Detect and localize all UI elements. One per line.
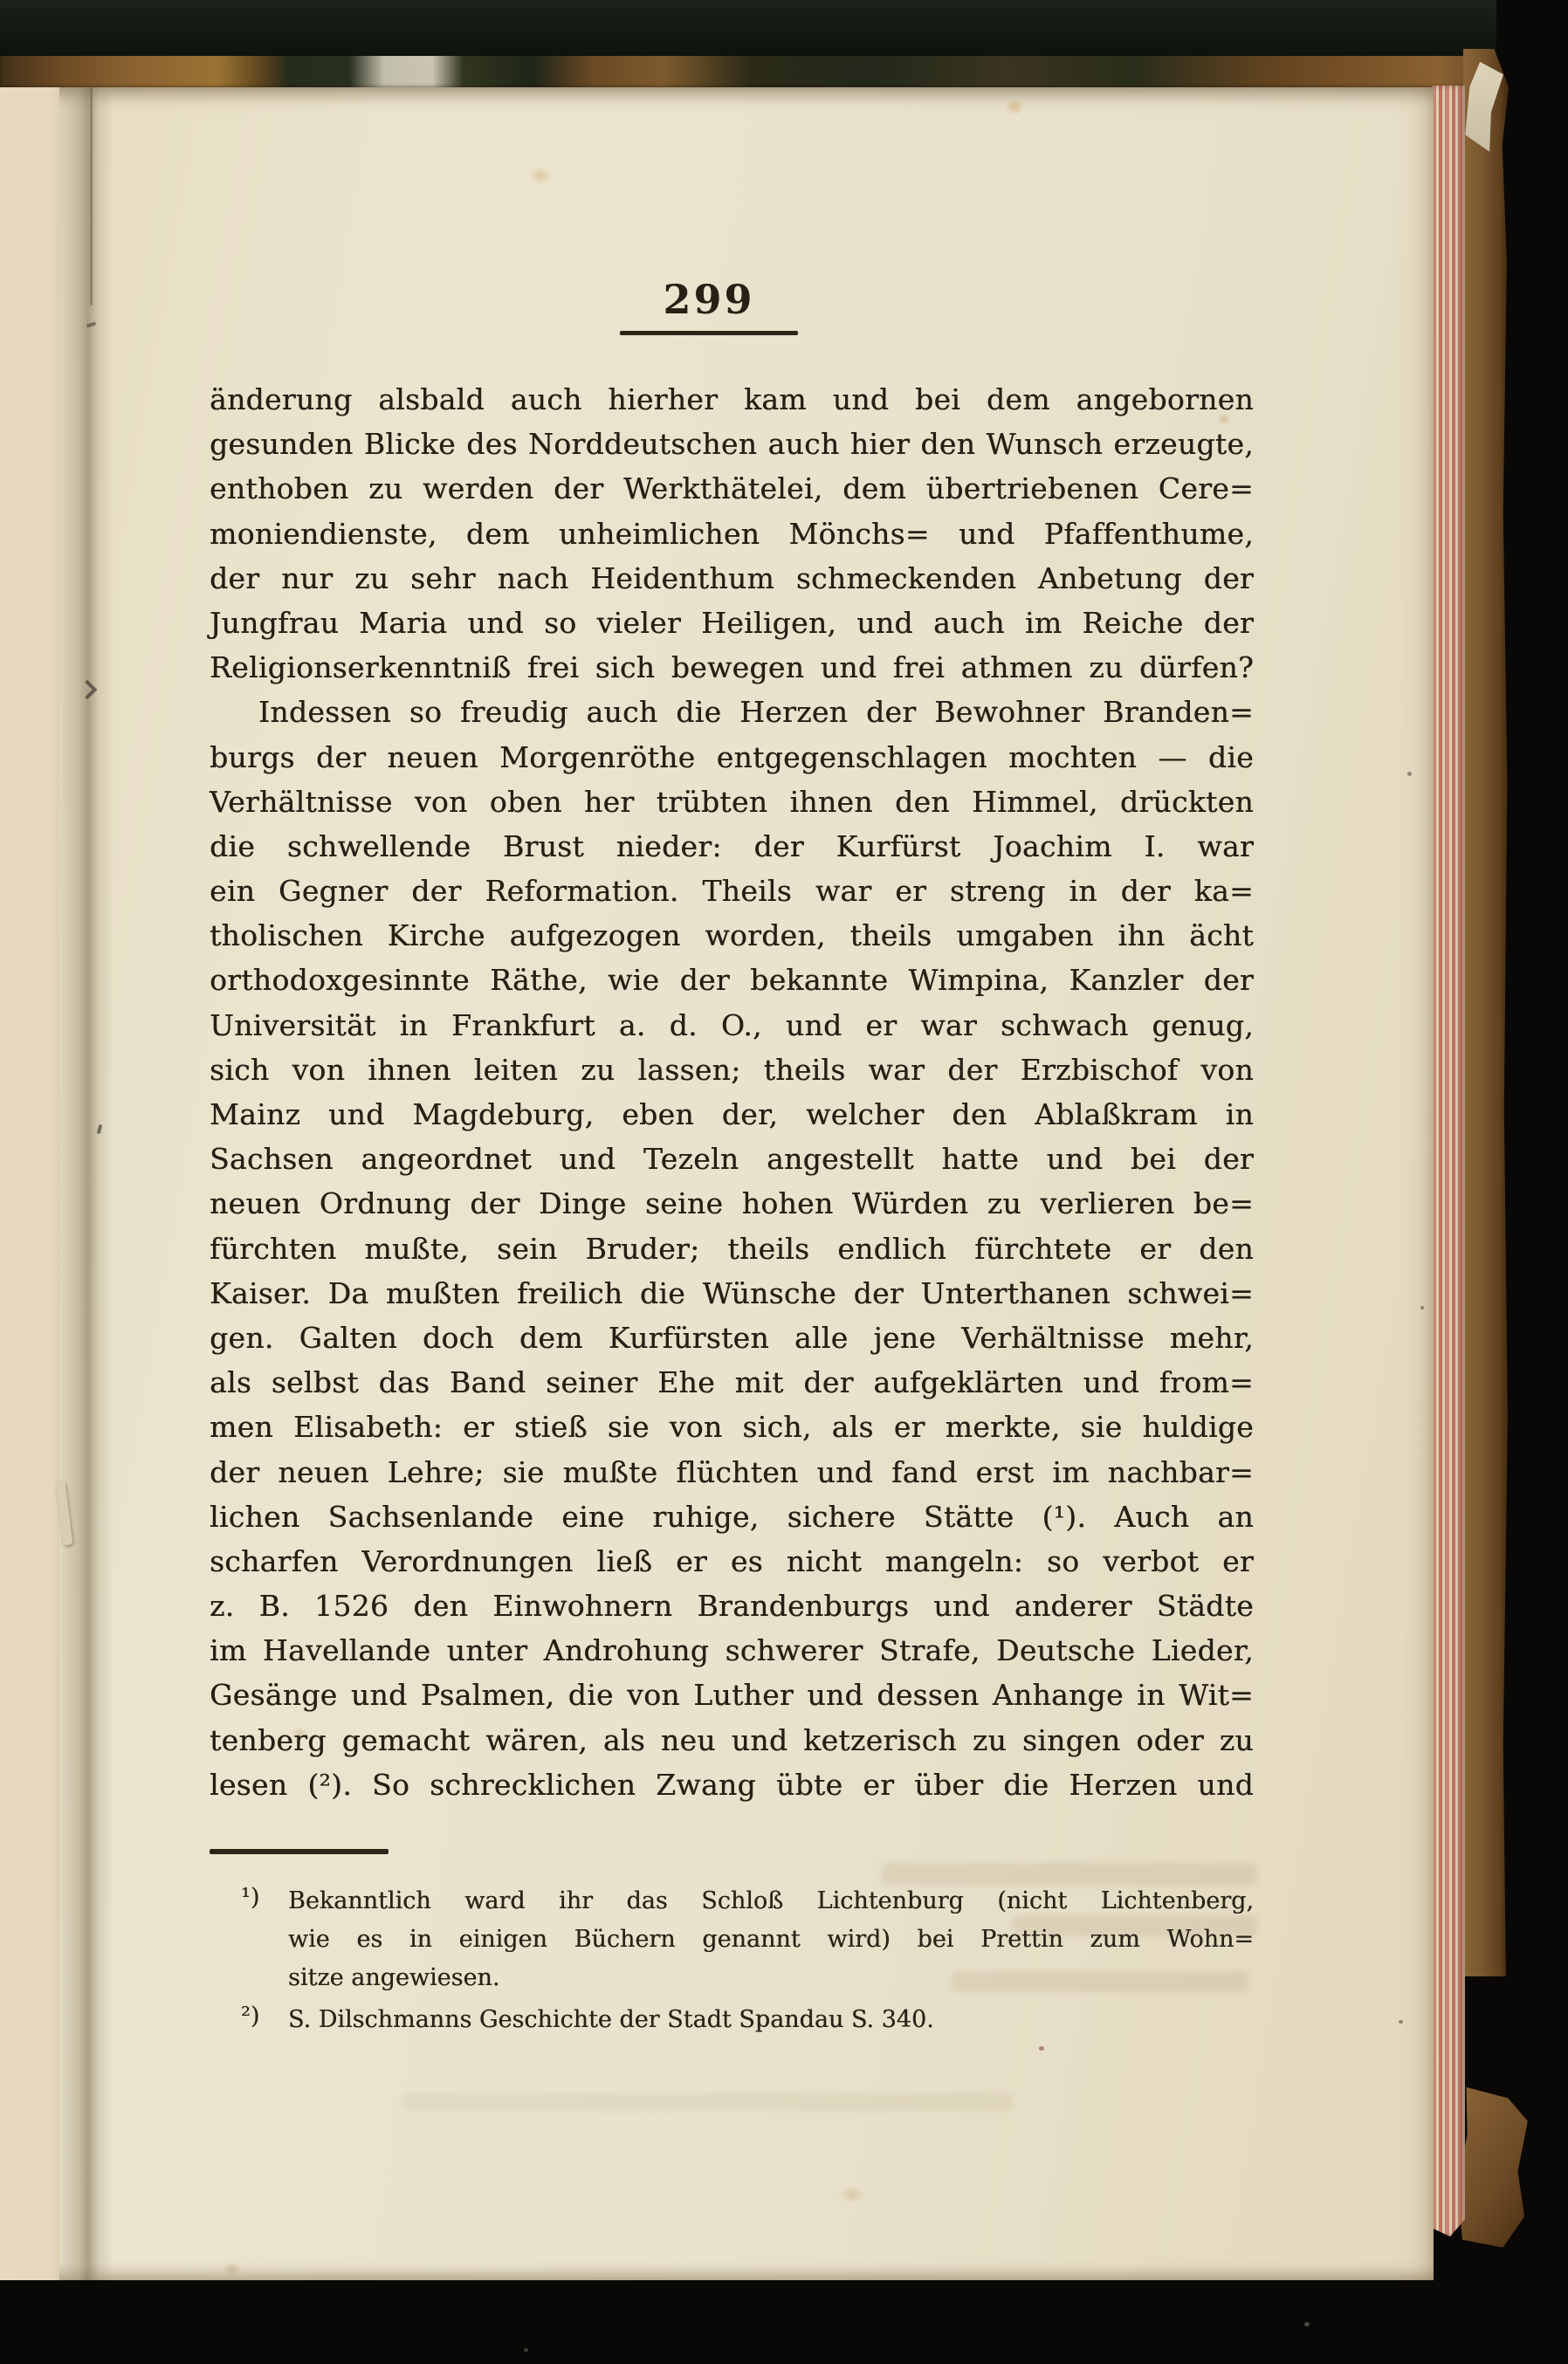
text-line: Gesänge und Psalmen, die von Luther und …	[210, 1673, 1254, 1717]
text-line: lesen (²). So schrecklichen Zwang übte e…	[210, 1763, 1254, 1807]
text-line: Mainz und Magdeburg, eben der, welcher d…	[210, 1092, 1254, 1137]
footnote-line: S. Dilschmanns Geschichte der Stadt Span…	[288, 2001, 1254, 2039]
ink-speck	[1039, 2046, 1044, 2051]
ink-bleedthrough	[402, 2093, 1013, 2111]
paper-stain	[218, 2259, 246, 2278]
page-block-fore-edge	[1432, 86, 1465, 2237]
text-line-paragraph-start: Indessen so freudig auch die Herzen der …	[210, 690, 1254, 734]
body-text: änderung alsbald auch hierher kam und be…	[210, 377, 1254, 1807]
ink-speck	[1399, 2020, 1403, 2024]
footnote-line: Bekanntlich ward ihr das Schloß Lichtenb…	[288, 1882, 1254, 1921]
page-gutter-margin	[0, 87, 59, 2280]
footnote-1: ¹) Bekanntlich ward ihr das Schloß Licht…	[288, 1882, 1254, 1997]
paper-stain	[834, 2182, 870, 2207]
text-line: z. B. 1526 den Einwohnern Brandenburgs u…	[210, 1584, 1254, 1628]
text-line: gesunden Blicke des Norddeutschen auch h…	[210, 422, 1254, 466]
text-line: Verhältnisse von oben her trübten ihnen …	[210, 780, 1254, 824]
dust-speck	[1304, 2322, 1310, 2326]
text-line: scharfen Verordnungen ließ er es nicht m…	[210, 1539, 1254, 1584]
text-line: tholischen Kirche aufgezogen worden, the…	[210, 913, 1254, 958]
footnote-2-marker: ²)	[241, 2003, 259, 2030]
text-line: gen. Galten doch dem Kurfürsten alle jen…	[210, 1316, 1254, 1360]
footnote-line: wie es in einigen Büchern genannt wird) …	[288, 1921, 1254, 1959]
paper-stain	[1001, 94, 1028, 119]
page-gutter-crease	[52, 87, 113, 2280]
text-line: der neuen Lehre; sie mußte flüchten und …	[210, 1450, 1254, 1495]
book-scan: 299 änderung alsbald auch hierher kam un…	[0, 0, 1568, 2364]
ink-speck	[1420, 1306, 1424, 1309]
text-line: sich von ihnen leiten zu lassen; theils …	[210, 1048, 1254, 1092]
text-line: Religionserkenntniß frei sich bewegen un…	[210, 645, 1254, 690]
paper-stain	[524, 162, 557, 189]
text-line: enthoben zu werden der Werkthätelei, dem…	[210, 466, 1254, 511]
text-line: als selbst das Band seiner Ehe mit der a…	[210, 1360, 1254, 1405]
text-line: im Havellande unter Androhung schwerer S…	[210, 1628, 1254, 1673]
book-cover-corner-fragment	[1455, 2087, 1529, 2249]
text-line: moniendienste, dem unheimlichen Mönchs= …	[210, 512, 1254, 556]
dust-speck	[524, 2348, 528, 2352]
text-line: neuen Ordnung der Dinge seine hohen Würd…	[210, 1181, 1254, 1226]
crease-line	[90, 87, 93, 306]
text-line: orthodoxgesinnte Räthe, wie der bekannte…	[210, 958, 1254, 1002]
page-number: 299	[622, 279, 796, 320]
book-cover-leather-band	[0, 56, 1496, 91]
text-line: burgs der neuen Morgenröthe entgegenschl…	[210, 735, 1254, 780]
text-line: tenberg gemacht wären, als neu und ketze…	[210, 1718, 1254, 1763]
text-line: änderung alsbald auch hierher kam und be…	[210, 377, 1254, 422]
text-line: der nur zu sehr nach Heidenthum schmecke…	[210, 556, 1254, 601]
book-cover-right-edge	[1463, 49, 1509, 1976]
text-line: Sachsen angeordnet und Tezeln angestellt…	[210, 1137, 1254, 1181]
footnote-2: ²) S. Dilschmanns Geschichte der Stadt S…	[288, 2001, 1254, 2039]
ink-speck	[1407, 772, 1412, 776]
footnote-1-marker: ¹)	[241, 1884, 259, 1911]
text-line: Jungfrau Maria und so vieler Heiligen, u…	[210, 601, 1254, 645]
page-number-rule	[620, 331, 798, 335]
text-line: die schwellende Brust nieder: der Kurfür…	[210, 824, 1254, 869]
text-line: fürchten mußte, sein Bruder; theils endl…	[210, 1227, 1254, 1271]
text-line: lichen Sachsenlande eine ruhige, sichere…	[210, 1495, 1254, 1539]
text-line: Universität in Frankfurt a. d. O., und e…	[210, 1003, 1254, 1048]
book-cover-top-edge	[0, 0, 1496, 58]
text-line: men Elisabeth: er stieß sie von sich, al…	[210, 1405, 1254, 1449]
text-line: ein Gegner der Reformation. Theils war e…	[210, 869, 1254, 913]
footnote-separator-rule	[210, 1849, 389, 1854]
text-line: Kaiser. Da mußten freilich die Wünsche d…	[210, 1271, 1254, 1316]
footnote-line: sitze angewiesen.	[288, 1959, 1254, 1997]
